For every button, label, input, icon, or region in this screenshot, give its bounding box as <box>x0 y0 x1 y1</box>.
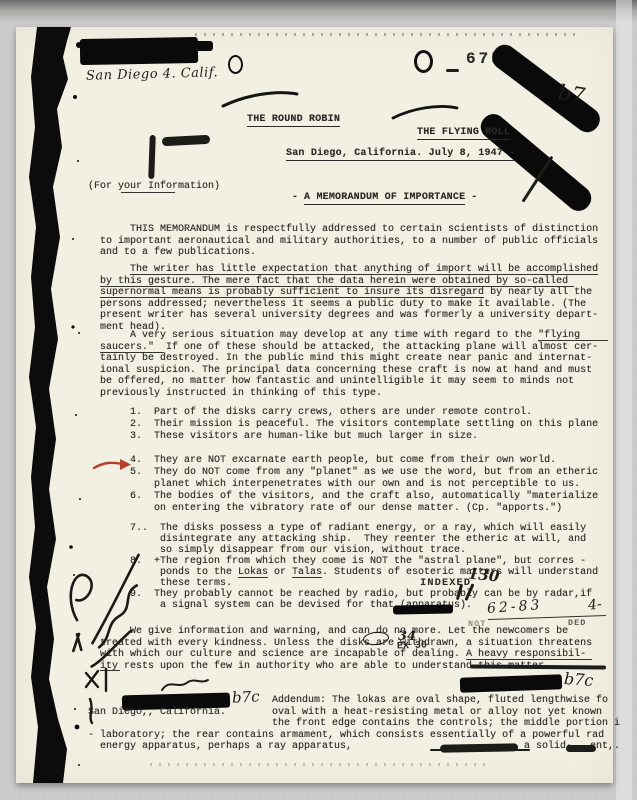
typed-city-bottom: San Diego,, California. <box>88 707 226 719</box>
strikeout-addendum-line <box>430 749 530 751</box>
addendum-line-2: oval with a heat-resisting metal or allo… <box>272 707 602 719</box>
red-arrow-item5 <box>92 457 134 473</box>
memo-title: - A MEMORANDUM OF IMPORTANCE - <box>268 180 477 215</box>
underline-flying <box>538 340 608 341</box>
scanned-document-view: San Diego 4. Calif. 6751 b7 THE ROUND RO… <box>0 0 637 800</box>
underline-heavy-responsibility <box>466 659 592 660</box>
scan-edge-highlight <box>616 0 632 800</box>
handwritten-b7c-mid: b7c <box>232 687 260 706</box>
faint-text-remnant-top <box>195 33 580 36</box>
memo-title-suffix: - <box>471 192 477 203</box>
list-items-4-6: 4. They are NOT excarnate earth people, … <box>100 455 598 515</box>
not-recorded-stamp-a: NOT <box>468 619 486 629</box>
handwritten-130: 130 <box>467 564 500 585</box>
circle-mark-right <box>414 50 433 73</box>
memo-title-text: A MEMORANDUM OF IMPORTANCE <box>304 192 465 205</box>
indexed-stamp: INDEXED <box>420 577 471 589</box>
scan-noise-specks <box>74 96 76 98</box>
addendum-line-4: - laboratory; the rear contains armament… <box>88 730 604 742</box>
for-information-note: (For your Information) <box>88 181 220 193</box>
redaction-bar-top-left-tail <box>193 41 213 51</box>
underline-p2-line3 <box>100 297 484 298</box>
strikeout-addendum-1 <box>440 743 518 752</box>
underline-p2-line2 <box>100 286 574 287</box>
underline-p2-line1 <box>130 274 598 275</box>
dateline: San Diego, California. July 8, 1947 - <box>262 136 515 159</box>
redaction-smear-small <box>393 604 453 614</box>
handwritten-no-action-scrawl <box>49 538 176 682</box>
addendum-line-3: the front edge contains the controls; th… <box>272 718 620 730</box>
underline-saucers <box>100 352 164 353</box>
pen-flourish-left <box>221 89 301 109</box>
handwritten-squiggle-62 <box>160 676 210 694</box>
underline-information <box>121 192 175 193</box>
underscore-mark <box>446 69 459 72</box>
addendum-line-5: energy apparatus, perhaps a ray apparatu… <box>100 741 352 753</box>
handwritten-b7c-right: b7c <box>563 669 594 690</box>
addendum-tail-1: a solid- <box>524 741 572 753</box>
handwritten-file-number-tail: 4- <box>587 596 602 613</box>
pen-flourish-right <box>391 103 461 121</box>
list-items-1-3: 1. Part of the disks carry crews, others… <box>100 407 598 443</box>
handwritten-b7-top: b7 <box>556 80 586 108</box>
strikeout-addendum-2 <box>566 745 596 752</box>
underline-lokas <box>238 577 268 578</box>
ex-30-stamp: EX 30 <box>397 640 427 652</box>
scan-top-shadow <box>0 0 637 24</box>
circle-mark-left <box>228 55 243 74</box>
paragraph-1: THIS MEMORANDUM is respectfully addresse… <box>100 224 598 259</box>
paragraph-3: A very serious situation may develop at … <box>100 330 598 399</box>
not-recorded-stamp-b: DED <box>568 618 586 628</box>
addendum-line-1: Addendum: The lokas are oval shape, flut… <box>272 695 608 707</box>
redaction-bar-top-left <box>80 37 198 65</box>
faint-text-remnant-bottom <box>150 763 485 766</box>
underline-talas <box>292 577 322 578</box>
